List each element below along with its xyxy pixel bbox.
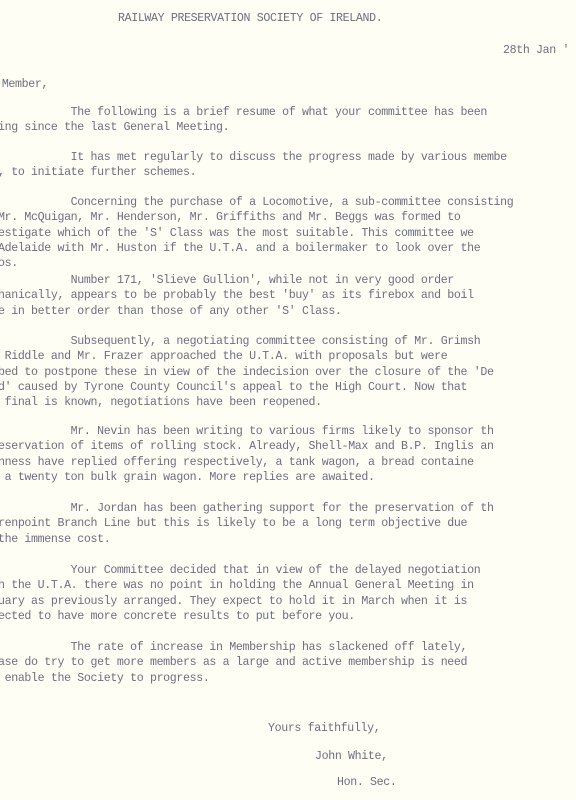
paragraph-negotiations: Subsequently, a negotiating committee co… <box>0 334 576 410</box>
text-line: Mr. Nevin has been writing to various fi… <box>0 424 576 439</box>
text-line: ing since the last General Meeting. <box>0 120 576 135</box>
signatory-title: Hon. Sec. <box>337 776 396 789</box>
text-line: uary as previously arranged. They expect… <box>0 594 576 609</box>
letter-date: 28th Jan ' <box>503 44 569 58</box>
text-line: final is known, negotiations have been r… <box>0 395 576 410</box>
text-line: Mr. Jordan has been gathering support fo… <box>0 501 576 516</box>
text-line: the immense cost. <box>0 532 576 547</box>
text-line: d' caused by Tyrone County Council's app… <box>0 380 576 395</box>
text-line: h the U.T.A. there was no point in holdi… <box>0 578 576 593</box>
paragraph-sponsors: Mr. Nevin has been writing to various fi… <box>0 424 576 485</box>
text-line: Riddle and Mr. Frazer approached the U.T… <box>0 349 576 364</box>
paragraph-locomotive: Concerning the purchase of a Locomotive,… <box>0 195 576 271</box>
paragraph-membership: The rate of increase in Membership has s… <box>0 640 576 686</box>
text-line: e in better order than those of any othe… <box>0 304 576 319</box>
text-line: , to initiate further schemes. <box>0 165 576 180</box>
paragraph-slieve-gullion: Number 171, 'Slieve Gullion', while not … <box>0 273 576 319</box>
text-line: Concerning the purchase of a Locomotive,… <box>0 195 576 210</box>
signatory-name: John White, <box>315 750 388 763</box>
text-line: estigate which of the 'S' Class was the … <box>0 226 576 241</box>
closing: Yours faithfully, <box>268 722 380 735</box>
letter-heading: RAILWAY PRESERVATION SOCIETY OF IRELAND. <box>118 12 382 26</box>
text-line: The following is a brief resume of what … <box>0 105 576 120</box>
text-line: ase do try to get more members as a larg… <box>0 655 576 670</box>
text-line: eservation of items of rolling stock. Al… <box>0 439 576 454</box>
text-line: hanically, appears to be probably the be… <box>0 288 576 303</box>
text-line: renpoint Branch Line but this is likely … <box>0 516 576 531</box>
paragraph-branch-line: Mr. Jordan has been gathering support fo… <box>0 501 576 547</box>
paragraph-summary: The following is a brief resume of what … <box>0 105 576 136</box>
salutation: ar Member, <box>0 78 48 92</box>
text-line: Subsequently, a negotiating committee co… <box>0 334 576 349</box>
text-line: a twenty ton bulk grain wagon. More repl… <box>0 470 576 485</box>
letter-page: RAILWAY PRESERVATION SOCIETY OF IRELAND.… <box>0 0 576 800</box>
text-line: The rate of increase in Membership has s… <box>0 640 576 655</box>
paragraph-meetings: It has met regularly to discuss the prog… <box>0 150 576 181</box>
text-line: bed to postpone these in view of the ind… <box>0 365 576 380</box>
text-line: Mr. McQuigan, Mr. Henderson, Mr. Griffit… <box>0 210 576 225</box>
text-line: ected to have more concrete results to p… <box>0 609 576 624</box>
text-line: Number 171, 'Slieve Gullion', while not … <box>0 273 576 288</box>
text-line: It has met regularly to discuss the prog… <box>0 150 576 165</box>
text-line: nness have replied offering respectively… <box>0 455 576 470</box>
text-line: os. <box>0 256 576 271</box>
text-line: Adelaide with Mr. Huston if the U.T.A. a… <box>0 241 576 256</box>
text-line: enable the Society to progress. <box>0 671 576 686</box>
paragraph-agm: Your Committee decided that in view of t… <box>0 563 576 624</box>
text-line: Your Committee decided that in view of t… <box>0 563 576 578</box>
